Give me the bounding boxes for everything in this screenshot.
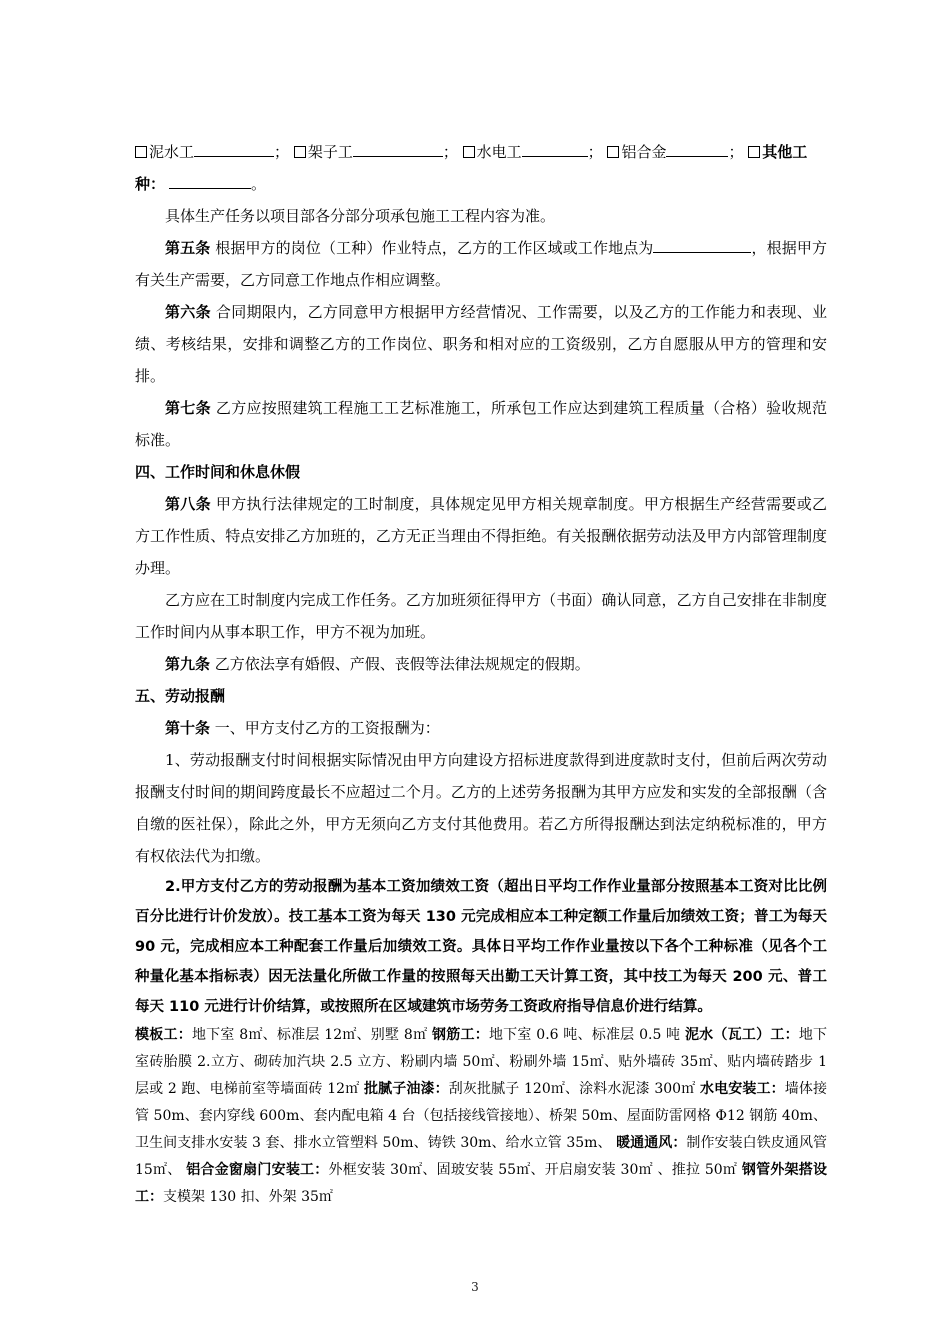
- checkbox-icon[interactable]: [294, 146, 306, 158]
- quota-trade: 钢筋工：: [432, 1027, 489, 1043]
- article-title: 第五条: [165, 239, 210, 257]
- item-1-payment-timing: 1、劳动报酬支付时间根据实际情况由甲方向建设方招标进度款得到进度款时支付，但前后…: [135, 744, 827, 872]
- article-10: 第十条 一、甲方支付乙方的工资报酬为：: [135, 712, 827, 744]
- trades-checklist: 泥水工； 架子工； 水电工； 铝合金； 其他工: [135, 136, 827, 168]
- fill-blank-work-location[interactable]: [653, 238, 751, 253]
- separator: ；: [443, 143, 458, 161]
- article-text: 合同期限内，乙方同意甲方根据甲方经营情况、工作需要，以及乙方的工作能力和表现、业…: [135, 303, 827, 385]
- trade-label-other-cont: 种：: [135, 175, 165, 193]
- fill-blank[interactable]: [169, 174, 251, 189]
- paragraph-task-scope: 具体生产任务以项目部各分部分项承包施工工程内容为准。: [135, 200, 827, 232]
- fill-blank[interactable]: [194, 142, 274, 157]
- article-title: 第六条: [165, 303, 211, 321]
- quota-trade: 水电安装工：: [700, 1081, 785, 1097]
- article-9: 第九条 乙方依法享有婚假、产假、丧假等法律法规规定的假期。: [135, 648, 827, 680]
- article-text: 乙方依法享有婚假、产假、丧假等法律法规规定的假期。: [210, 655, 590, 673]
- quota-detail: 外框安装 30㎡、固玻安装 55㎡、开启扇安装 30㎡ 、推拉 50㎡: [329, 1162, 742, 1178]
- article-7: 第七条 乙方应按照建筑工程施工工艺标准施工，所承包工作应达到建筑工程质量（合格）…: [135, 392, 827, 456]
- fill-blank[interactable]: [666, 142, 728, 157]
- trades-checklist-cont: 种：。: [135, 168, 827, 200]
- article-5: 第五条 根据甲方的岗位（工种）作业特点，乙方的工作区域或工作地点为，根据甲方有关…: [135, 232, 827, 296]
- page-number: 3: [0, 1280, 950, 1294]
- quota-detail: 刮灰批腻子 120㎡、涂料水泥漆 300㎡: [449, 1081, 700, 1097]
- checkbox-icon[interactable]: [748, 146, 760, 158]
- item-2-wage-structure: 2.甲方支付乙方的劳动报酬为基本工资加绩效工资（超出日平均工作作业量部分按照基本…: [135, 872, 827, 1022]
- paragraph-overtime: 乙方应在工时制度内完成工作任务。乙方加班须征得甲方（书面）确认同意，乙方自己安排…: [135, 584, 827, 648]
- quota-detail: 地下室 0.6 吨、标准层 0.5 吨: [489, 1027, 685, 1043]
- quota-trade: 暖通通风：: [616, 1135, 686, 1151]
- checkbox-icon[interactable]: [607, 146, 619, 158]
- article-8: 第八条 甲方执行法律规定的工时制度，具体规定见甲方相关规章制度。甲方根据生产经营…: [135, 488, 827, 584]
- quota-detail: 地下室 8㎡、标准层 12㎡、别墅 8㎡: [192, 1027, 432, 1043]
- article-text: 一、甲方支付乙方的工资报酬为：: [210, 719, 440, 737]
- checkbox-icon[interactable]: [135, 146, 147, 158]
- checkbox-icon[interactable]: [463, 146, 475, 158]
- separator: ；: [728, 143, 743, 161]
- quota-trade: 批腻子油漆：: [364, 1081, 449, 1097]
- quota-trade: 模板工：: [135, 1027, 192, 1043]
- quota-trade: 泥水（瓦工）工：: [685, 1027, 799, 1043]
- trade-quota-list: 模板工：地下室 8㎡、标准层 12㎡、别墅 8㎡ 钢筋工：地下室 0.6 吨、标…: [135, 1022, 827, 1211]
- trade-label: 泥水工: [149, 143, 194, 161]
- section-heading-4: 四、工作时间和休息休假: [135, 456, 827, 488]
- quota-trade: 铝合金窗扇门安装工：: [186, 1162, 328, 1178]
- separator: ；: [274, 143, 289, 161]
- separator: ；: [588, 143, 603, 161]
- document-page: 泥水工； 架子工； 水电工； 铝合金； 其他工 种：。 具体生产任务以项目部各分…: [135, 136, 827, 1211]
- article-title: 第八条: [165, 495, 211, 513]
- article-title: 第十条: [165, 719, 210, 737]
- trade-label: 铝合金: [621, 143, 666, 161]
- quota-detail: 支模架 130 扣、外架 35㎡: [163, 1189, 333, 1205]
- article-text: 根据甲方的岗位（工种）作业特点，乙方的工作区域或工作地点为: [210, 239, 653, 257]
- end-mark: 。: [251, 175, 266, 193]
- fill-blank[interactable]: [353, 142, 443, 157]
- article-text: 甲方执行法律规定的工时制度，具体规定见甲方相关规章制度。甲方根据生产经营需要或乙…: [135, 495, 827, 577]
- trade-label: 架子工: [308, 143, 353, 161]
- section-heading-5: 五、劳动报酬: [135, 680, 827, 712]
- article-title: 第九条: [165, 655, 210, 673]
- fill-blank[interactable]: [522, 142, 588, 157]
- trade-label: 水电工: [477, 143, 522, 161]
- article-text: 乙方应按照建筑工程施工工艺标准施工，所承包工作应达到建筑工程质量（合格）验收规范…: [135, 399, 827, 449]
- trade-label-other: 其他工: [762, 143, 807, 161]
- article-6: 第六条 合同期限内，乙方同意甲方根据甲方经营情况、工作需要，以及乙方的工作能力和…: [135, 296, 827, 392]
- article-title: 第七条: [165, 399, 211, 417]
